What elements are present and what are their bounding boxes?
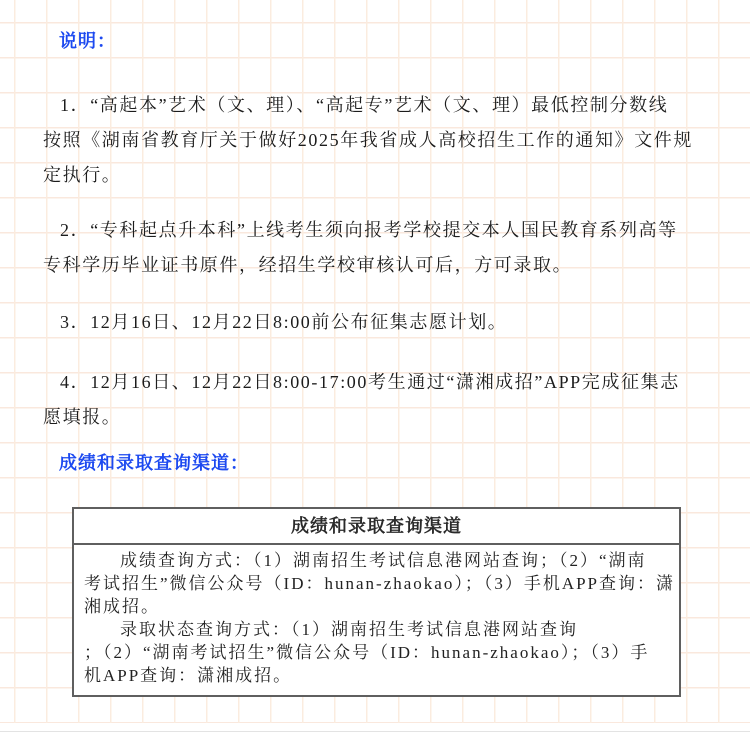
box-line: ；（2）“湖南考试招生”微信公众号（ID：hunan-zhaokao）；（3）手 [84, 641, 669, 664]
note-line: 定执行。 [43, 158, 713, 193]
note-line: 按照《湖南省教育厅关于做好2025年我省成人高校招生工作的通知》文件规 [43, 123, 713, 158]
query-channels-heading: 成绩和录取查询渠道： [59, 451, 713, 475]
document-page: 说明： 1．“高起本”艺术（文、理）、“高起专”艺术（文、理）最低控制分数线 按… [0, 0, 750, 737]
box-line: 录取状态查询方式：（1）湖南招生考试信息港网站查询 [84, 618, 669, 641]
query-box-body: 成绩查询方式：（1）湖南招生考试信息港网站查询；（2）“湖南 考试招生”微信公众… [74, 545, 679, 695]
note-line: 4．12月16日、12月22日8:00-17:00考生通过“潇湘成招”APP完成… [43, 365, 713, 400]
note-paragraph-1: 1．“高起本”艺术（文、理）、“高起专”艺术（文、理）最低控制分数线 按照《湖南… [43, 88, 713, 193]
box-line: 考试招生”微信公众号（ID：hunan-zhaokao）；（3）手机APP查询：… [84, 572, 669, 595]
box-line: 成绩查询方式：（1）湖南招生考试信息港网站查询；（2）“湖南 [84, 549, 669, 572]
admission-query-paragraph: 录取状态查询方式：（1）湖南招生考试信息港网站查询 ；（2）“湖南考试招生”微信… [84, 618, 669, 687]
box-line: 机APP查询：潇湘成招。 [84, 664, 669, 687]
note-line: 愿填报。 [43, 400, 713, 435]
note-paragraph-2: 2．“专科起点升本科”上线考生须向报考学校提交本人国民教育系列高等 专科学历毕业… [43, 213, 713, 283]
note-line: 专科学历毕业证书原件，经招生学校审核认可后，方可录取。 [43, 248, 713, 283]
query-box-title: 成绩和录取查询渠道 [74, 509, 679, 545]
note-paragraph-3: 3．12月16日、12月22日8:00前公布征集志愿计划。 [43, 305, 713, 340]
box-line: 湘成招。 [84, 595, 669, 618]
note-line: 2．“专科起点升本科”上线考生须向报考学校提交本人国民教育系列高等 [43, 213, 713, 248]
document-content: 说明： 1．“高起本”艺术（文、理）、“高起专”艺术（文、理）最低控制分数线 按… [0, 0, 750, 737]
notes-heading: 说明： [59, 30, 713, 52]
bottom-divider [0, 731, 750, 732]
score-query-paragraph: 成绩查询方式：（1）湖南招生考试信息港网站查询；（2）“湖南 考试招生”微信公众… [84, 549, 669, 618]
query-channels-box: 成绩和录取查询渠道 成绩查询方式：（1）湖南招生考试信息港网站查询；（2）“湖南… [72, 507, 681, 697]
note-paragraph-4: 4．12月16日、12月22日8:00-17:00考生通过“潇湘成招”APP完成… [43, 365, 713, 435]
note-line: 1．“高起本”艺术（文、理）、“高起专”艺术（文、理）最低控制分数线 [43, 88, 713, 123]
note-line: 3．12月16日、12月22日8:00前公布征集志愿计划。 [43, 305, 713, 340]
